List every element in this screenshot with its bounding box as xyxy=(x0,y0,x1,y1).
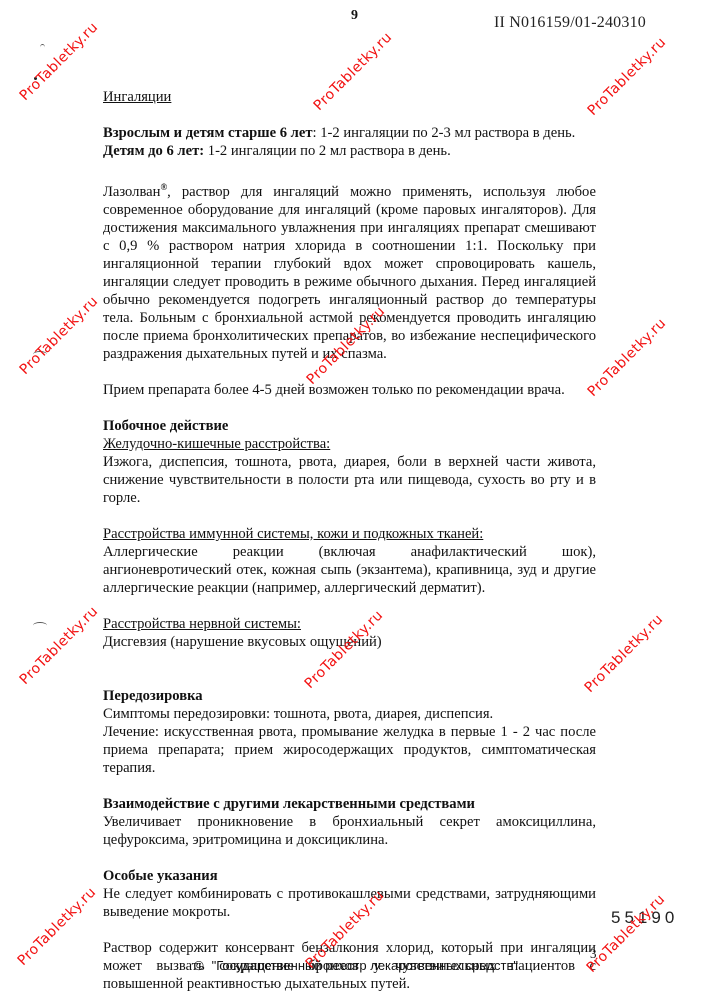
watermark: ProTabletky.ru xyxy=(585,34,670,119)
section-title-side-effects: Побочное действие xyxy=(103,417,596,435)
watermark: ProTabletky.ru xyxy=(17,603,102,688)
subsection-nervous: Расстройства нервной системы: xyxy=(103,615,596,633)
copyright-icon: © xyxy=(194,958,204,973)
overdose-treatment: Лечение: искусственная рвота, промывание… xyxy=(103,723,596,777)
duration-note: Прием препарата более 4-5 дней возможен … xyxy=(103,381,596,399)
page-number: 9 xyxy=(351,8,358,24)
dosage-adults: Взрослым и детям старше 6 лет: 1-2 ингал… xyxy=(103,124,596,142)
watermark: ProTabletky.ru xyxy=(17,19,102,104)
subsection-immune: Расстройства иммунной системы, кожи и по… xyxy=(103,525,596,543)
section-title-overdose: Передозировка xyxy=(103,687,596,705)
document-id: II N016159/01-240310 xyxy=(494,14,646,32)
watermark: ProTabletky.ru xyxy=(585,315,670,400)
scan-mark xyxy=(40,44,45,51)
scan-mark xyxy=(33,622,47,629)
dosage-children: Детям до 6 лет: 1-2 ингаляции по 2 мл ра… xyxy=(103,142,596,160)
interactions-text: Увеличивает проникновение в бронхиальный… xyxy=(103,813,596,849)
immune-effects-text: Аллергические реакции (включая анафилакт… xyxy=(103,543,596,597)
watermark: ProTabletky.ru xyxy=(17,293,102,378)
section-title-special: Особые указания xyxy=(103,867,596,885)
document-body: Ингаляции Взрослым и детям старше 6 лет:… xyxy=(103,88,596,993)
section-title-inhalation: Ингаляции xyxy=(103,88,596,106)
watermark: ProTabletky.ru xyxy=(15,884,100,969)
gi-effects-text: Изжога, диспепсия, тошнота, рвота, диаре… xyxy=(103,453,596,507)
subsection-gi: Желудочно-кишечные расстройства: xyxy=(103,435,596,453)
section-title-interactions: Взаимодействие с другими лекарственными … xyxy=(103,795,596,813)
overdose-symptoms: Симптомы передозировки: тошнота, рвота, … xyxy=(103,705,596,723)
